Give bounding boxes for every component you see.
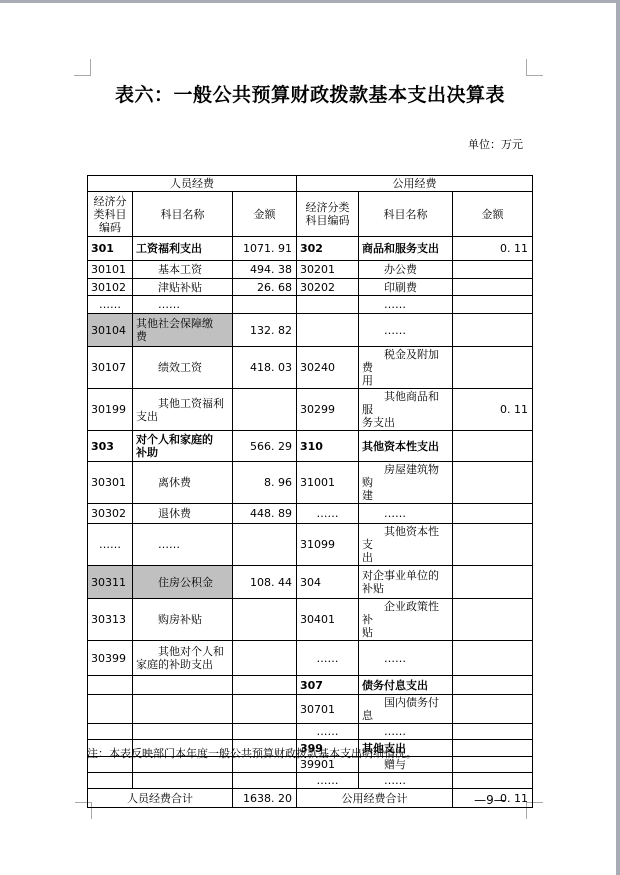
table-row: 301工资福利支出1071. 91302商品和服务支出0. 11 xyxy=(88,237,533,261)
table-note: 注：本表反映部门本年度一般公共预算财政拨款基本支出明细情况。 xyxy=(87,745,567,761)
header-cell: 公用经费 xyxy=(297,176,533,192)
table-row: 303对个人和家庭的 补助566. 29310其他资本性支出 xyxy=(88,431,533,462)
code-cell: 30299 xyxy=(297,389,359,431)
table-header-row: 经济分 类科目 编码科目名称金额经济分类 科目编码科目名称金额 xyxy=(88,192,533,237)
name-cell: …… xyxy=(359,773,453,789)
header-cell: 经济分 类科目 编码 xyxy=(88,192,133,237)
code-cell: 30701 xyxy=(297,695,359,724)
name-cell: 企业政策性补 贴 xyxy=(359,599,453,641)
header-cell: 科目名称 xyxy=(359,192,453,237)
amount-cell: 418. 03 xyxy=(233,347,297,389)
amount-cell xyxy=(233,724,297,740)
window-edge-top xyxy=(0,0,620,3)
amount-cell xyxy=(453,773,533,789)
code-cell: …… xyxy=(88,296,133,314)
code-cell: 30202 xyxy=(297,279,359,296)
margin-corner-mark-top-right xyxy=(526,59,543,76)
amount-cell: 0. 11 xyxy=(453,237,533,261)
table-row: …… …… xyxy=(88,724,533,740)
budget-table-body: 人员经费公用经费经济分 类科目 编码科目名称金额经济分类 科目编码科目名称金额3… xyxy=(88,176,533,808)
name-cell: …… xyxy=(359,504,453,524)
window-edge-right xyxy=(616,0,620,875)
amount-cell xyxy=(453,724,533,740)
code-cell xyxy=(88,773,133,789)
amount-cell xyxy=(233,599,297,641)
code-cell: 303 xyxy=(88,431,133,462)
table-row: 30701 国内债务付息 xyxy=(88,695,533,724)
table-row: 30104其他社会保障缴 费132. 82 …… xyxy=(88,314,533,347)
name-cell: 对个人和家庭的 补助 xyxy=(133,431,233,462)
header-cell: 人员经费 xyxy=(88,176,297,192)
name-cell: 工资福利支出 xyxy=(133,237,233,261)
table-row: 30311 住房公积金108. 44304对企事业单位的 补贴 xyxy=(88,566,533,599)
amount-cell xyxy=(453,695,533,724)
name-cell: …… xyxy=(133,296,233,314)
amount-cell xyxy=(233,695,297,724)
name-cell: …… xyxy=(359,724,453,740)
code-cell xyxy=(88,724,133,740)
amount-cell: 448. 89 xyxy=(233,504,297,524)
code-cell: …… xyxy=(297,641,359,676)
amount-cell xyxy=(233,641,297,676)
table-row: …… …… xyxy=(88,773,533,789)
amount-cell xyxy=(233,676,297,695)
name-cell: …… xyxy=(359,641,453,676)
code-cell: …… xyxy=(297,773,359,789)
code-cell: 30240 xyxy=(297,347,359,389)
name-cell: …… xyxy=(359,296,453,314)
code-cell: 30301 xyxy=(88,462,133,504)
code-cell: 30101 xyxy=(88,261,133,279)
amount-cell: 0. 11 xyxy=(453,389,533,431)
name-cell: …… xyxy=(133,524,233,566)
name-cell: 其他商品和服 务支出 xyxy=(359,389,453,431)
name-cell: 其他资本性支出 xyxy=(359,431,453,462)
amount-cell xyxy=(453,261,533,279)
table-row: 30107 绩效工资418. 0330240 税金及附加费 用 xyxy=(88,347,533,389)
code-cell: 30107 xyxy=(88,347,133,389)
code-cell: 301 xyxy=(88,237,133,261)
table-row: 30399 其他对个人和 家庭的补助支出…… …… xyxy=(88,641,533,676)
amount-cell xyxy=(233,296,297,314)
header-cell: 金额 xyxy=(453,192,533,237)
name-cell: 办公费 xyxy=(359,261,453,279)
page-number: —9— xyxy=(455,793,525,807)
budget-table: 人员经费公用经费经济分 类科目 编码科目名称金额经济分类 科目编码科目名称金额3… xyxy=(87,175,533,808)
name-cell: 津贴补贴 xyxy=(133,279,233,296)
total-label-cell: 人员经费合计 xyxy=(88,789,233,808)
amount-cell xyxy=(233,773,297,789)
code-cell: 30313 xyxy=(88,599,133,641)
amount-cell: 26. 68 xyxy=(233,279,297,296)
total-label-cell: 公用经费合计 xyxy=(297,789,453,808)
margin-corner-mark-top-left xyxy=(74,59,91,76)
name-cell xyxy=(133,695,233,724)
amount-cell xyxy=(453,599,533,641)
code-cell xyxy=(297,314,359,347)
header-cell: 经济分类 科目编码 xyxy=(297,192,359,237)
table-row: 30101 基本工资494. 3830201 办公费 xyxy=(88,261,533,279)
table-row: 30102 津贴补贴26. 6830202 印刷费 xyxy=(88,279,533,296)
name-cell: 商品和服务支出 xyxy=(359,237,453,261)
code-cell: 31099 xyxy=(297,524,359,566)
name-cell: 住房公积金 xyxy=(133,566,233,599)
code-cell: 302 xyxy=(297,237,359,261)
code-cell: 304 xyxy=(297,566,359,599)
name-cell: 其他资本性支 出 xyxy=(359,524,453,566)
name-cell: 其他社会保障缴 费 xyxy=(133,314,233,347)
amount-cell: 494. 38 xyxy=(233,261,297,279)
code-cell: 30104 xyxy=(88,314,133,347)
table-row: 30301 离休费8. 9631001 房屋建筑物购 建 xyxy=(88,462,533,504)
code-cell: 30399 xyxy=(88,641,133,676)
name-cell: 房屋建筑物购 建 xyxy=(359,462,453,504)
name-cell: 印刷费 xyxy=(359,279,453,296)
table-row: 30302 退休费448. 89…… …… xyxy=(88,504,533,524)
amount-cell xyxy=(453,504,533,524)
name-cell: 退休费 xyxy=(133,504,233,524)
amount-cell: 1071. 91 xyxy=(233,237,297,261)
code-cell: 31001 xyxy=(297,462,359,504)
table-row: 30199 其他工资福利 支出30299 其他商品和服 务支出0. 11 xyxy=(88,389,533,431)
code-cell: 307 xyxy=(297,676,359,695)
amount-cell xyxy=(453,431,533,462)
code-cell: …… xyxy=(297,504,359,524)
amount-cell: 132. 82 xyxy=(233,314,297,347)
name-cell: 国内债务付息 xyxy=(359,695,453,724)
name-cell: 债务付息支出 xyxy=(359,676,453,695)
name-cell: 税金及附加费 用 xyxy=(359,347,453,389)
code-cell: 30102 xyxy=(88,279,133,296)
amount-cell xyxy=(453,347,533,389)
name-cell: 其他对个人和 家庭的补助支出 xyxy=(133,641,233,676)
amount-cell xyxy=(453,641,533,676)
name-cell: 离休费 xyxy=(133,462,233,504)
amount-cell: 108. 44 xyxy=(233,566,297,599)
table-row: …… ……31099 其他资本性支 出 xyxy=(88,524,533,566)
amount-cell: 1638. 20 xyxy=(233,789,297,808)
code-cell xyxy=(88,695,133,724)
name-cell: 绩效工资 xyxy=(133,347,233,389)
name-cell: 购房补贴 xyxy=(133,599,233,641)
amount-cell xyxy=(233,524,297,566)
amount-cell xyxy=(453,462,533,504)
name-cell xyxy=(133,724,233,740)
code-cell xyxy=(88,676,133,695)
code-cell: 30311 xyxy=(88,566,133,599)
name-cell xyxy=(133,773,233,789)
name-cell: 其他工资福利 支出 xyxy=(133,389,233,431)
name-cell: 基本工资 xyxy=(133,261,233,279)
amount-cell xyxy=(453,566,533,599)
code-cell: …… xyxy=(297,724,359,740)
name-cell: …… xyxy=(359,314,453,347)
amount-cell: 566. 29 xyxy=(233,431,297,462)
amount-cell xyxy=(233,389,297,431)
code-cell xyxy=(297,296,359,314)
page-title: 表六：一般公共预算财政拨款基本支出决算表 xyxy=(0,80,620,107)
table-row: 307债务付息支出 xyxy=(88,676,533,695)
unit-label: 单位：万元 xyxy=(87,136,532,152)
amount-cell xyxy=(453,314,533,347)
amount-cell xyxy=(453,676,533,695)
code-cell: 310 xyxy=(297,431,359,462)
amount-cell xyxy=(453,296,533,314)
name-cell xyxy=(133,676,233,695)
amount-cell xyxy=(453,279,533,296)
name-cell: 对企事业单位的 补贴 xyxy=(359,566,453,599)
header-cell: 金额 xyxy=(233,192,297,237)
table-row: …… …… …… xyxy=(88,296,533,314)
table-header-row: 人员经费公用经费 xyxy=(88,176,533,192)
code-cell: 30201 xyxy=(297,261,359,279)
amount-cell xyxy=(453,524,533,566)
code-cell: 30199 xyxy=(88,389,133,431)
code-cell: …… xyxy=(88,524,133,566)
code-cell: 30302 xyxy=(88,504,133,524)
amount-cell: 8. 96 xyxy=(233,462,297,504)
header-cell: 科目名称 xyxy=(133,192,233,237)
code-cell: 30401 xyxy=(297,599,359,641)
table-row: 30313 购房补贴30401 企业政策性补 贴 xyxy=(88,599,533,641)
